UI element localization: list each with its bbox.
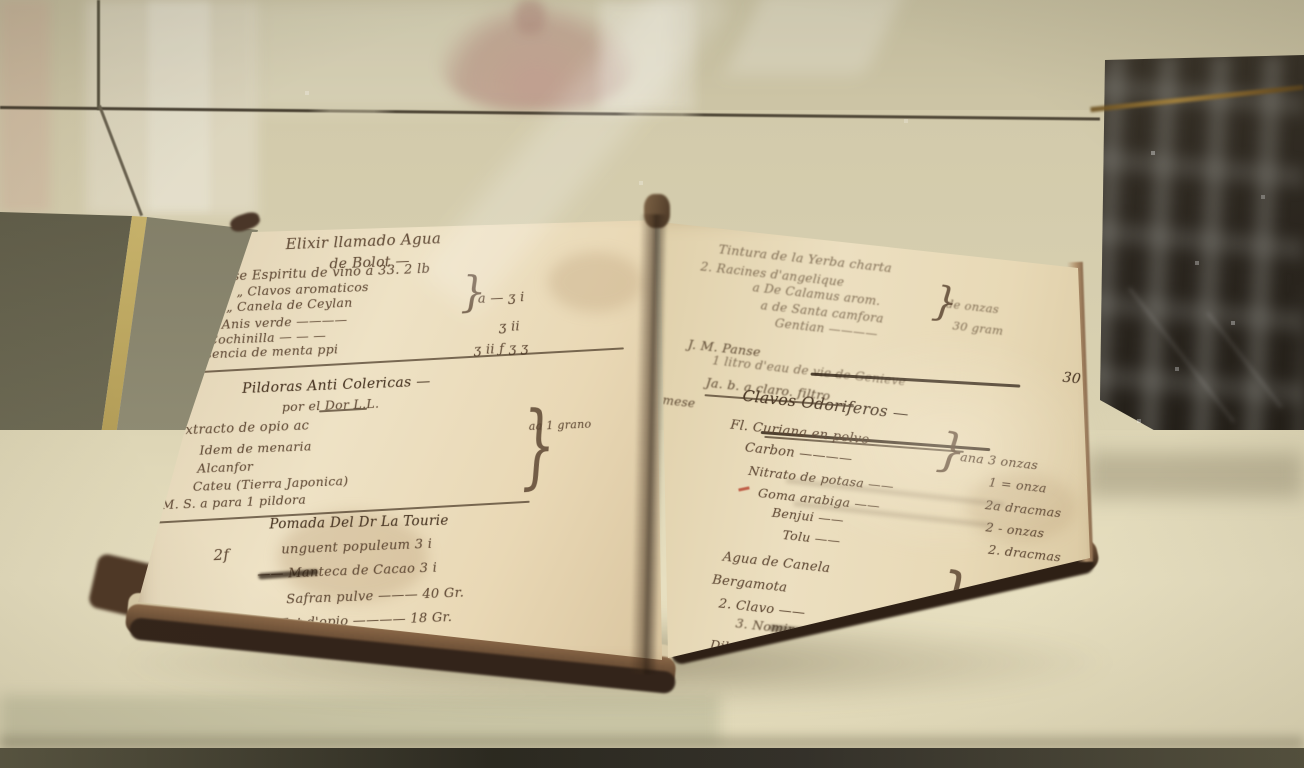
red-ink-mark bbox=[738, 486, 749, 491]
manuscript-line: Bergamota bbox=[712, 574, 788, 595]
manuscript-line: Alcanfor bbox=[197, 461, 254, 476]
glass-case-corner-frame bbox=[97, 0, 100, 110]
manuscript-line: Pomada Del Dr La Tourie bbox=[269, 515, 448, 532]
glass-sheen bbox=[780, 330, 1110, 560]
manuscript-line: Tolu —— bbox=[782, 529, 841, 548]
manuscript-line: unguent populeum 3 i bbox=[281, 538, 432, 557]
dust-specks bbox=[0, 0, 2, 2]
manuscript-line: 2. Clavo —— bbox=[718, 597, 806, 619]
manuscript-line: ʒ ii bbox=[499, 320, 520, 334]
manuscript-line: M. S. a para 1 pildora bbox=[161, 494, 306, 512]
manuscript-line: Pildoras Anti Colericas — bbox=[242, 375, 431, 396]
manuscript-line: 2f bbox=[213, 548, 229, 564]
glass-reflection bbox=[148, 0, 210, 212]
museum-display-photo: Elixir llamado Agua de Bolot — Tomese Es… bbox=[0, 0, 1304, 768]
manuscript-line: Idem de menaria bbox=[199, 440, 312, 457]
panel-shadow bbox=[1085, 452, 1304, 498]
manuscript-line: aa 1 grano bbox=[529, 419, 592, 432]
manuscript-line: Agua de Canela bbox=[722, 551, 831, 576]
manuscript-line: Cateu (Tierra Japonica) bbox=[193, 475, 349, 493]
manuscript-line: Safran pulve ——— 40 Gr. bbox=[286, 587, 464, 607]
manuscript-line: Elixir llamado Agua bbox=[285, 231, 441, 252]
shelf-front-dark-band bbox=[0, 748, 1304, 768]
